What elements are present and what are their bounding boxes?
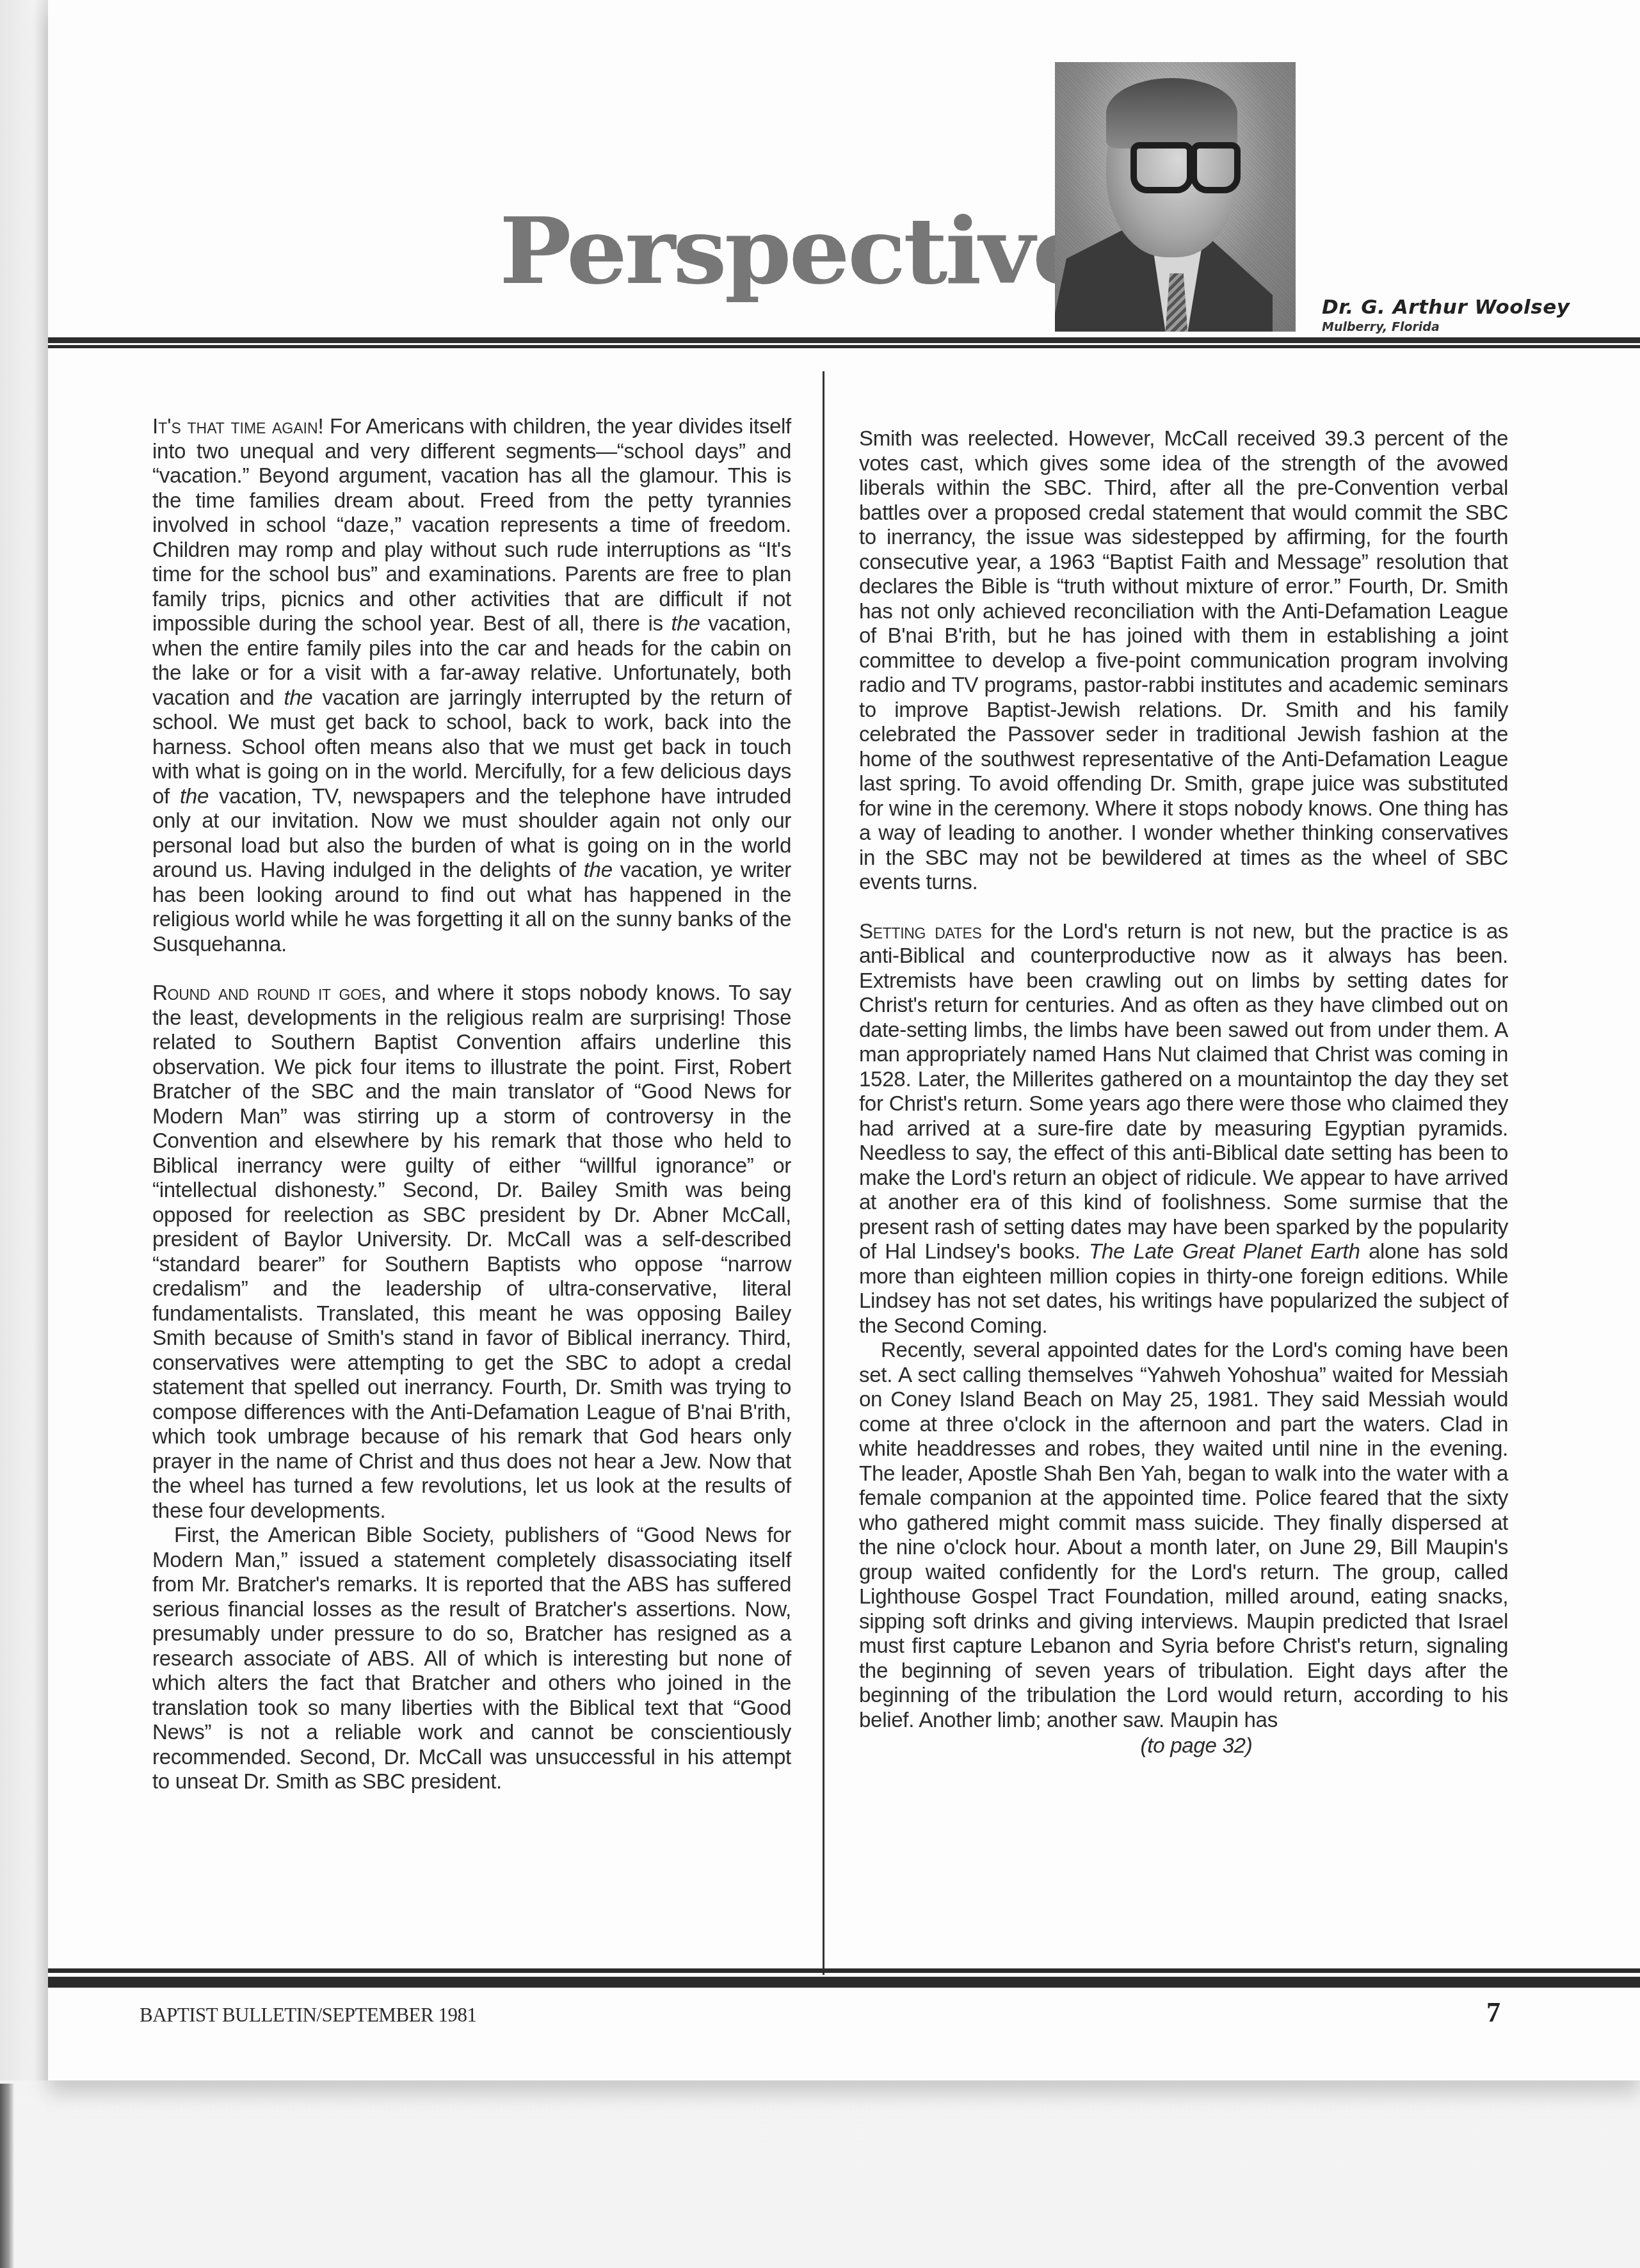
paragraph: Setting dates for the Lord's return is n… [859, 920, 1508, 1339]
author-name: Dr. G. Arthur Woolsey [1322, 296, 1570, 319]
left-column: It's that time again! For Americans with… [152, 414, 791, 1795]
paragraph: First, the American Bible Society, publi… [152, 1524, 791, 1795]
footer-rule-thin [48, 1968, 1640, 1973]
paragraph: Recently, several appointed dates for th… [859, 1339, 1508, 1733]
author-location: Mulberry, Florida [1322, 320, 1570, 334]
scan-edge-shadow [0, 2084, 14, 2268]
page-title: Perspective [499, 206, 1091, 298]
photo-glasses-right [1191, 142, 1241, 193]
header-rule-thin [48, 345, 1640, 348]
author-photo [1055, 62, 1296, 332]
page-number: 7 [1486, 1996, 1500, 2029]
author-byline: Dr. G. Arthur Woolsey Mulberry, Florida [1322, 296, 1570, 334]
run-in-head: Round and round it goes, [152, 981, 387, 1005]
paragraph: Smith was reelected. However, McCall rec… [859, 427, 1508, 896]
continued-link[interactable]: (to page 32) [859, 1734, 1508, 1759]
footer-rule-thick [48, 1977, 1640, 1988]
publication-footer: BAPTIST BULLETIN/SEPTEMBER 1981 [140, 2004, 476, 2027]
run-in-head: It's that time again! [152, 414, 324, 438]
photo-glasses-left [1130, 142, 1193, 193]
right-column: Smith was reelected. However, McCall rec… [859, 427, 1508, 1759]
paragraph: Round and round it goes, and where it st… [152, 981, 791, 1524]
run-in-head: Setting dates [859, 920, 982, 944]
photo-hair [1106, 78, 1237, 149]
paragraph: It's that time again! For Americans with… [152, 414, 791, 957]
header-rule-thick [48, 337, 1640, 343]
column-divider [823, 371, 824, 1975]
facing-page-edge [0, 0, 48, 2080]
